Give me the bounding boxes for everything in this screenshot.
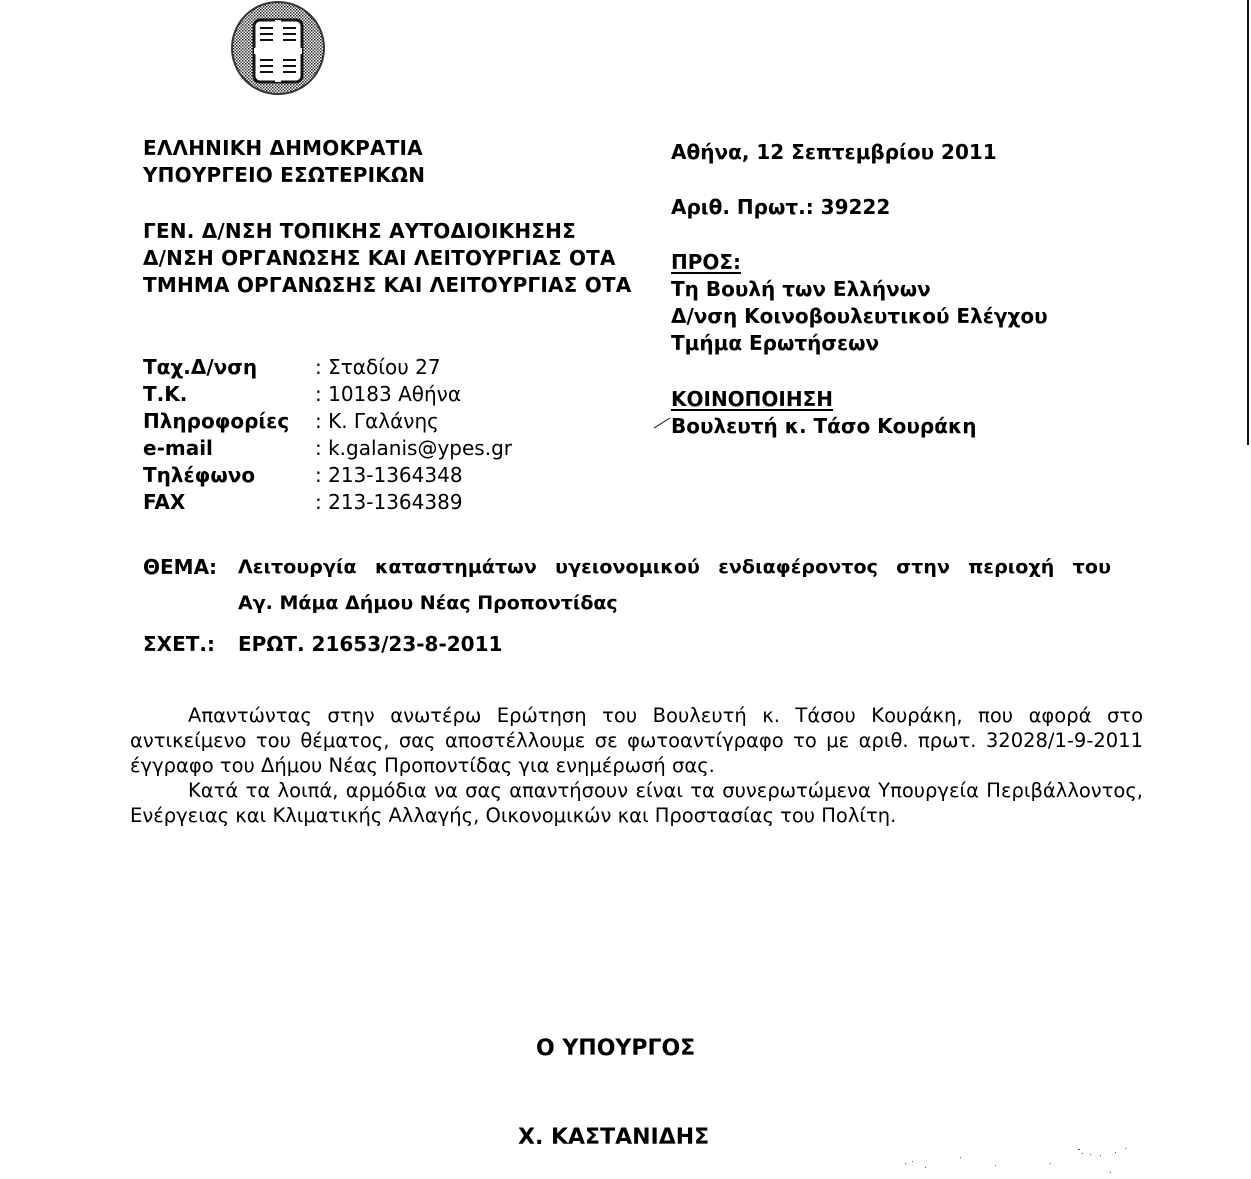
recipient-line: Τη Βουλή των Ελλήνων <box>671 276 1048 303</box>
body-paragraph: Απαντώντας στην ανωτέρω Ερώτηση του Βουλ… <box>130 703 1143 778</box>
sender-header: ΕΛΛΗΝΙΚΗ ΔΗΜΟΚΡΑΤΙΑ ΥΠΟΥΡΓΕΙΟ ΕΣΩΤΕΡΙΚΩΝ <box>143 135 425 189</box>
contact-label: FAX <box>143 489 315 516</box>
contact-label: Τηλέφωνο <box>143 462 315 489</box>
contact-label: Πληροφορίες <box>143 408 315 435</box>
greek-coat-of-arms-icon <box>230 0 326 96</box>
subject-line-2: Αγ. Μάμα Δήμου Νέας Προποντίδας <box>238 590 618 617</box>
contact-label: e-mail <box>143 435 315 462</box>
contact-value: : Σταδίου 27 <box>315 354 441 381</box>
department-line: ΤΜΗΜΑ ΟΡΓΑΝΩΣΗΣ ΚΑΙ ΛΕΙΤΟΥΡΓΙΑΣ ΟΤΑ <box>143 272 631 299</box>
cc-line: Βουλευτή κ. Τάσο Κουράκη <box>671 413 976 440</box>
reference-label: ΣΧΕΤ.: <box>143 631 215 658</box>
body-paragraph: Κατά τα λοιπά, αρμόδια να σας απαντήσουν… <box>130 778 1143 828</box>
sender-ministry: ΥΠΟΥΡΓΕΙΟ ΕΣΩΤΕΡΙΚΩΝ <box>143 162 425 189</box>
contact-fax: : 213-1364389 <box>315 489 463 516</box>
contact-email: : k.galanis@ypes.gr <box>315 435 512 462</box>
contact-label: Τ.Κ. <box>143 381 315 408</box>
contact-row: Ταχ.Δ/νση : Σταδίου 27 <box>143 354 512 381</box>
signature-title: Ο ΥΠΟΥΡΓΟΣ <box>536 1036 695 1061</box>
subject-line-1: Λειτουργία καταστημάτων υγειονομικού ενδ… <box>238 554 1111 581</box>
subject-text: Λειτουργία καταστημάτων υγειονομικού ενδ… <box>238 556 1111 578</box>
scan-edge-line <box>1247 0 1249 445</box>
contact-value: : 10183 Αθήνα <box>315 381 461 408</box>
contact-value: : Κ. Γαλάνης <box>315 408 439 435</box>
contact-phone: : 213-1364348 <box>315 462 463 489</box>
subject-label: ΘΕΜΑ: <box>143 554 217 581</box>
letter-body: Απαντώντας στην ανωτέρω Ερώτηση του Βουλ… <box>130 703 1143 828</box>
signature-name: Χ. ΚΑΣΤΑΝΙΔΗΣ <box>518 1125 709 1150</box>
contact-label: Ταχ.Δ/νση <box>143 354 315 381</box>
place-date: Αθήνα, 12 Σεπτεμβρίου 2011 <box>671 139 997 166</box>
contact-row: Τ.Κ. : 10183 Αθήνα <box>143 381 512 408</box>
contact-row: Τηλέφωνο : 213-1364348 <box>143 462 512 489</box>
recipient-label: ΠΡΟΣ: <box>671 249 1048 276</box>
sender-department: ΓΕΝ. Δ/ΝΣΗ ΤΟΠΙΚΗΣ ΑΥΤΟΔΙΟΙΚΗΣΗΣ Δ/ΝΣΗ Ο… <box>143 218 631 299</box>
reference-value: ΕΡΩΤ. 21653/23-8-2011 <box>238 631 502 658</box>
sender-country: ΕΛΛΗΝΙΚΗ ΔΗΜΟΚΡΑΤΙΑ <box>143 135 425 162</box>
recipient-block: ΠΡΟΣ: Τη Βουλή των Ελλήνων Δ/νση Κοινοβο… <box>671 249 1048 357</box>
department-line: ΓΕΝ. Δ/ΝΣΗ ΤΟΠΙΚΗΣ ΑΥΤΟΔΙΟΙΚΗΣΗΣ <box>143 218 631 245</box>
recipient-line: Δ/νση Κοινοβουλευτικού Ελέγχου <box>671 303 1048 330</box>
cc-block: ΚΟΙΝΟΠΟΙΗΣΗ Βουλευτή κ. Τάσο Κουράκη <box>671 386 976 440</box>
contact-row: FAX : 213-1364389 <box>143 489 512 516</box>
contact-row: Πληροφορίες : Κ. Γαλάνης <box>143 408 512 435</box>
pen-mark <box>652 410 672 430</box>
scan-noise <box>900 1145 1220 1175</box>
protocol-number: Αριθ. Πρωτ.: 39222 <box>671 194 890 221</box>
contact-info: Ταχ.Δ/νση : Σταδίου 27 Τ.Κ. : 10183 Αθήν… <box>143 354 512 516</box>
cc-label: ΚΟΙΝΟΠΟΙΗΣΗ <box>671 386 976 413</box>
recipient-line: Τμήμα Ερωτήσεων <box>671 330 1048 357</box>
department-line: Δ/ΝΣΗ ΟΡΓΑΝΩΣΗΣ ΚΑΙ ΛΕΙΤΟΥΡΓΙΑΣ ΟΤΑ <box>143 245 631 272</box>
contact-row: e-mail : k.galanis@ypes.gr <box>143 435 512 462</box>
